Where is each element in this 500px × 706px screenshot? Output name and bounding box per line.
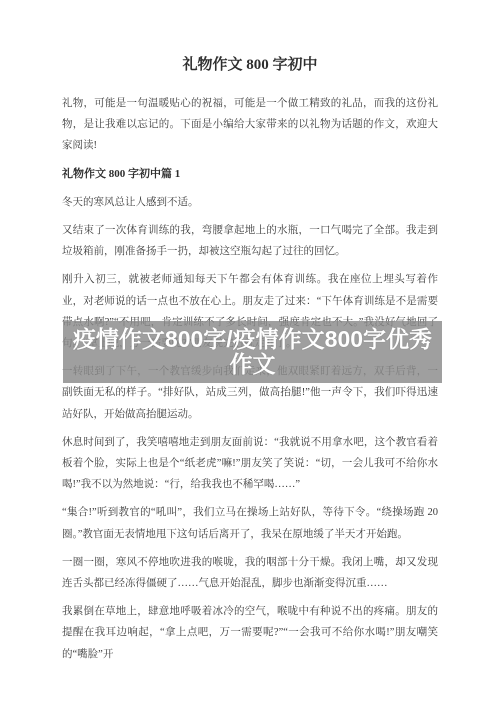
body-paragraph: 又结束了一次体育训练的我，弯腰拿起地上的水瓶，一口气喝完了全部。我走到垃圾箱前，… — [62, 220, 438, 262]
body-paragraph: “集合!”听到教官的“吼叫”，我们立马在操场上站好队，等待下令。“绕操场跑 20… — [62, 502, 438, 544]
promo-overlay[interactable]: 疫情作文800字/疫情作文800字优秀作文 — [63, 321, 442, 383]
body-paragraph: 我累倒在草地上，肆意地呼吸着冰冷的空气，喉咙中有种说不出的疼痛。朋友的提醒在我耳… — [62, 601, 438, 665]
document-page: 礼物作文 800 字初中 礼物，可能是一句温暖贴心的祝福，可能是一个做工精致的礼… — [0, 0, 500, 706]
section-heading: 礼物作文 800 字初中篇 1 — [62, 164, 438, 185]
promo-overlay-text: 疫情作文800字/疫情作文800字优秀作文 — [63, 321, 442, 383]
body-paragraph: 一圈一圈，寒风不停地吹进我的喉咙，我的咽部十分干燥。我闭上嘴，却又发现连舌头都已… — [62, 552, 438, 594]
intro-paragraph: 礼物，可能是一句温暖贴心的祝福，可能是一个做工精致的礼品，而我的这份礼物，是让我… — [62, 93, 438, 157]
page-title: 礼物作文 800 字初中 — [62, 55, 438, 75]
body-paragraph: 休息时间到了，我笑嘻嘻地走到朋友面前说：“我就说不用拿水吧，这个教官看着板着个脸… — [62, 432, 438, 496]
body-paragraph: 冬天的寒风总让人感到不适。 — [62, 192, 438, 213]
